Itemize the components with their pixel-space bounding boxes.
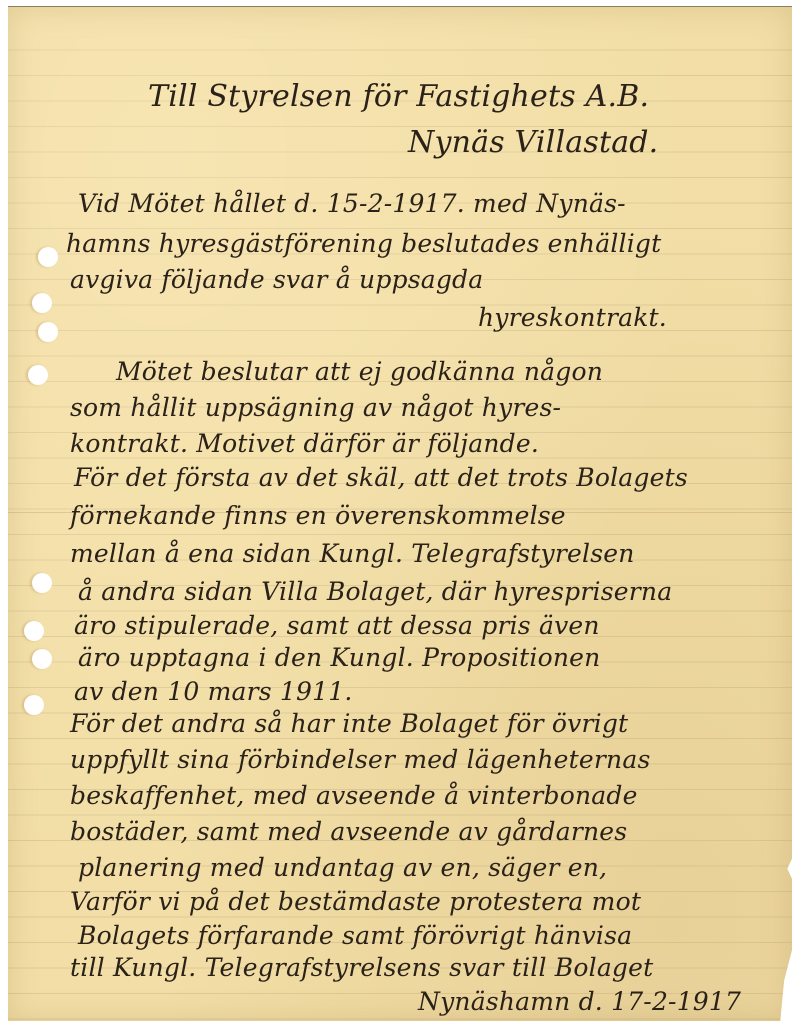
paragraph2-line: som hållit uppsägning av något hyres- <box>70 393 561 422</box>
heading-line-1: Till Styrelsen för Fastighets A.B. <box>148 79 649 114</box>
paragraph2-line: kontrakt. Motivet därför är följande. <box>70 429 539 458</box>
paragraph1-line: Vid Mötet hållet d. 15-2-1917. med Nynäs… <box>78 189 626 218</box>
punch-hole <box>32 573 52 593</box>
punch-hole <box>38 247 58 267</box>
paragraph2-line: För det andra så har inte Bolaget för öv… <box>70 709 628 738</box>
punch-hole <box>24 695 44 715</box>
letter-paper: Till Styrelsen för Fastighets A.B. Nynäs… <box>8 6 792 1021</box>
paragraph2-line: av den 10 mars 1911. <box>74 677 353 706</box>
signature-place-date: Nynäshamn d. 17-2-1917 <box>418 987 741 1016</box>
paragraph1-line: avgiva följande svar å uppsagda <box>70 265 483 294</box>
paragraph2-line: till Kungl. Telegrafstyrelsens svar till… <box>70 953 653 982</box>
paragraph2-line: förnekande finns en överenskommelse <box>70 501 566 530</box>
paragraph2-line: äro upptagna i den Kungl. Propositionen <box>78 643 600 672</box>
punch-hole <box>28 365 48 385</box>
paragraph2-line: mellan å ena sidan Kungl. Telegrafstyrel… <box>70 539 635 568</box>
paragraph2-line: För det första av det skäl, att det trot… <box>74 463 688 492</box>
paragraph2-line: planering med undantag av en, säger en, <box>78 853 607 882</box>
paragraph2-line: Bolagets förfarande samt förövrigt hänvi… <box>78 921 632 950</box>
paragraph2-line: beskaffenhet, med avseende å vinterbonad… <box>70 781 638 810</box>
punch-hole <box>32 649 52 669</box>
punch-hole <box>24 621 44 641</box>
paragraph2-line: Varför vi på det bestämdaste protestera … <box>70 887 641 916</box>
paragraph2-line: Mötet beslutar att ej godkänna någon <box>116 357 603 386</box>
paragraph2-line: äro stipulerade, samt att dessa pris äve… <box>74 611 600 640</box>
punch-hole <box>32 293 52 313</box>
punch-hole <box>38 322 58 342</box>
paragraph2-line: bostäder, samt med avseende av gårdarnes <box>70 817 627 846</box>
paragraph2-line: å andra sidan Villa Bolaget, där hyrespr… <box>78 577 672 606</box>
paragraph1-line: hamns hyresgästförening beslutades enhäl… <box>66 229 661 258</box>
paragraph1-line: hyreskontrakt. <box>478 303 667 332</box>
paragraph2-line: uppfyllt sina förbindelser med lägenhete… <box>70 745 651 774</box>
heading-line-2: Nynäs Villastad. <box>408 125 658 160</box>
